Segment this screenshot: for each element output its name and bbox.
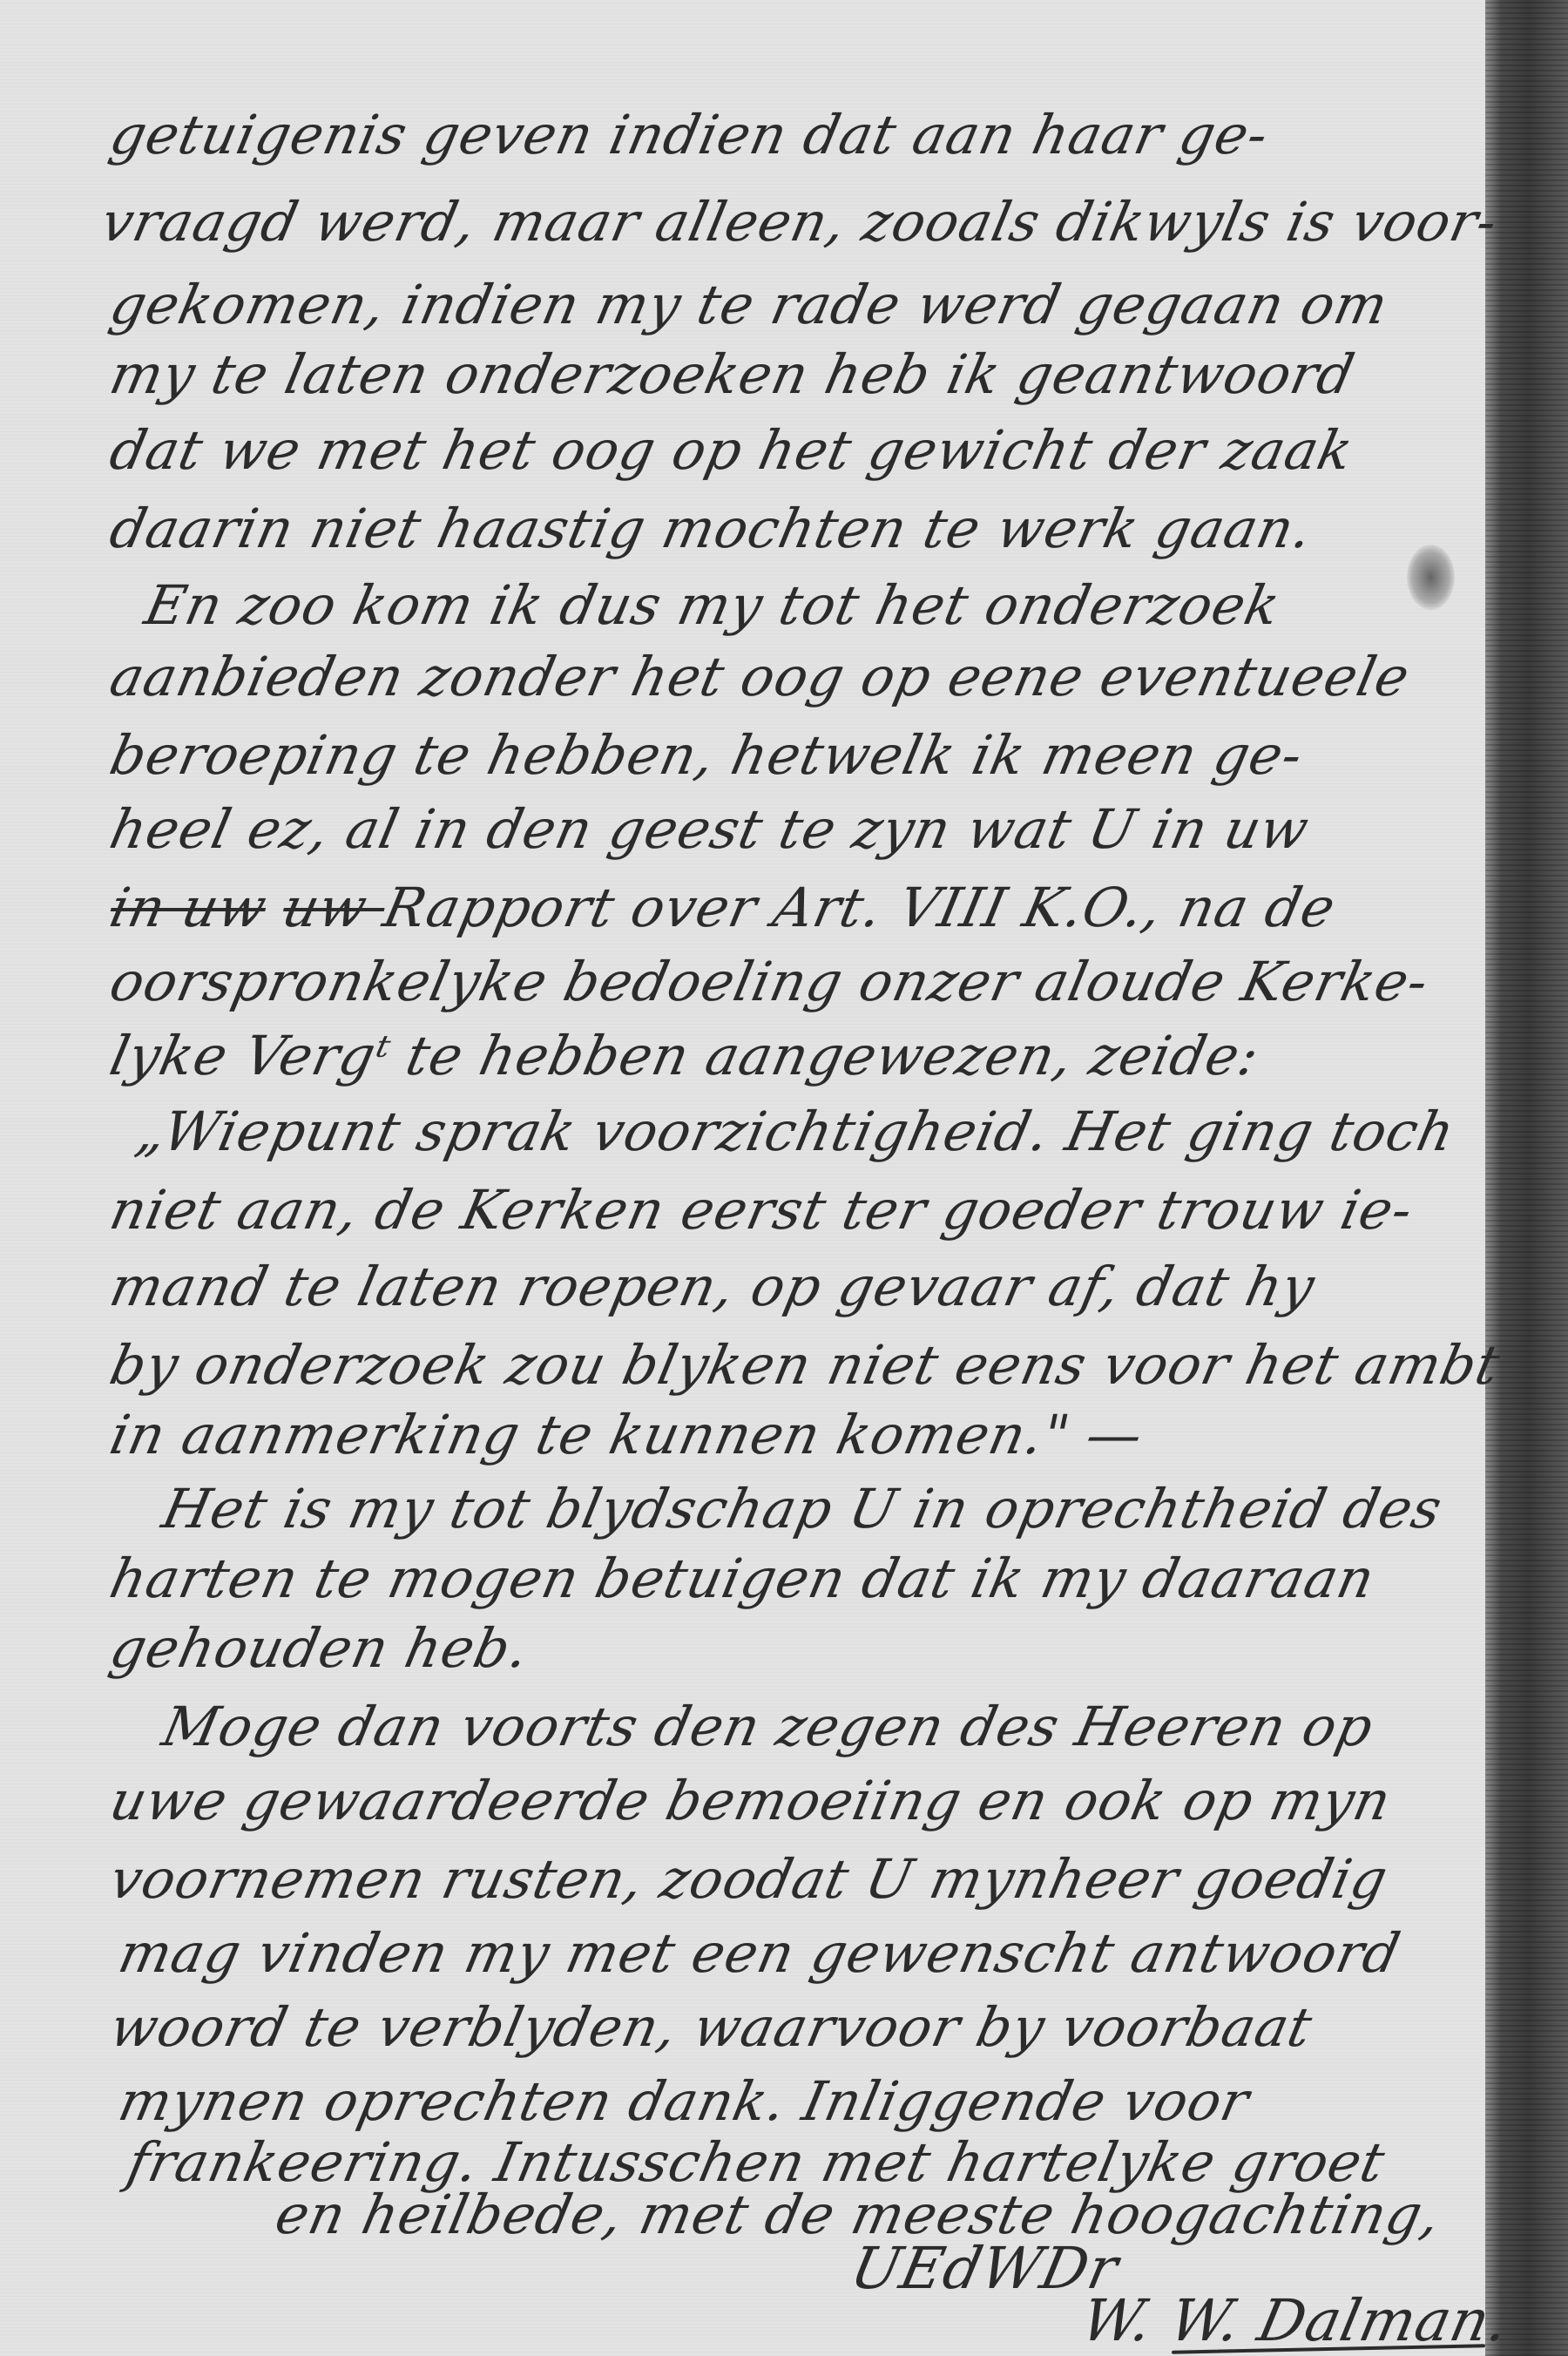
letter-line: heel ez, al in den geest te zyn wat U in… <box>105 797 1315 861</box>
letter-line: in aanmerking te kunnen komen." — <box>105 1403 1149 1466</box>
letter-line: mag vinden my met een gewenscht antwoord <box>113 1921 1406 1985</box>
struck-text: in uw <box>105 876 273 939</box>
letter-line: aanbieden zonder het oog op eene eventue… <box>105 645 1416 708</box>
letter-line: gehouden heb. <box>105 1616 535 1680</box>
letter-line: mand te laten roepen, op gevaar af, dat … <box>105 1255 1321 1318</box>
letter-line: Het is my tot blydschap U in oprechtheid… <box>157 1477 1448 1540</box>
book-binding-edge <box>1485 0 1568 2356</box>
ink-stain <box>1407 545 1455 610</box>
letter-line: Moge dan voorts den zegen des Heeren op <box>157 1695 1379 1758</box>
letter-line: lyke Vergᵗ te hebben aangewezen, zeide: <box>105 1024 1265 1087</box>
letter-line: „Wiepunt sprak voorzichtigheid. Het ging… <box>131 1100 1461 1163</box>
letter-line: getuigenis geven indien dat aan haar ge- <box>105 103 1274 166</box>
struck-text: uw <box>277 876 391 939</box>
letter-page: getuigenis geven indien dat aan haar ge-… <box>0 0 1568 2356</box>
letter-line: woord te verblyden, waarvoor by voorbaat <box>105 1995 1318 2059</box>
letter-line: dat we met het oog op het gewicht der za… <box>105 418 1359 482</box>
letter-line: gekomen, indien my te rade werd gegaan o… <box>105 273 1394 336</box>
line-text: Rapport over Art. VIII K.O., na de <box>378 876 1342 939</box>
letter-line: En zoo kom ik dus my tot het onderzoek <box>139 573 1286 637</box>
letter-line: voornemen rusten, zoodat U mynheer goedi… <box>105 1847 1394 1911</box>
closing-abbreviation: UEdWDr <box>845 2235 1125 2302</box>
letter-line: mynen oprechten dank. Inliggende voor <box>113 2069 1255 2133</box>
letter-line: my te laten onderzoeken heb ik geantwoor… <box>105 342 1361 406</box>
letter-line: beroeping te hebben, hetwelk ik meen ge- <box>105 723 1308 787</box>
letter-line: oorspronkelyke bedoeling onzer aloude Ke… <box>105 950 1435 1013</box>
letter-line: vraagd werd, maar alleen, zooals dikwyls… <box>96 190 1504 254</box>
letter-line: daarin niet haastig mochten te werk gaan… <box>105 497 1318 560</box>
letter-line-with-strikeout: in uw uw Rapport over Art. VIII K.O., na… <box>105 876 1342 939</box>
letter-line: by onderzoek zou blyken niet eens voor h… <box>105 1333 1506 1397</box>
letter-line: harten te mogen betuigen dat ik my daara… <box>105 1547 1381 1610</box>
letter-line: niet aan, de Kerken eerst ter goeder tro… <box>105 1178 1419 1242</box>
letter-line: uwe gewaardeerde bemoeiing en ook op myn <box>105 1769 1397 1832</box>
